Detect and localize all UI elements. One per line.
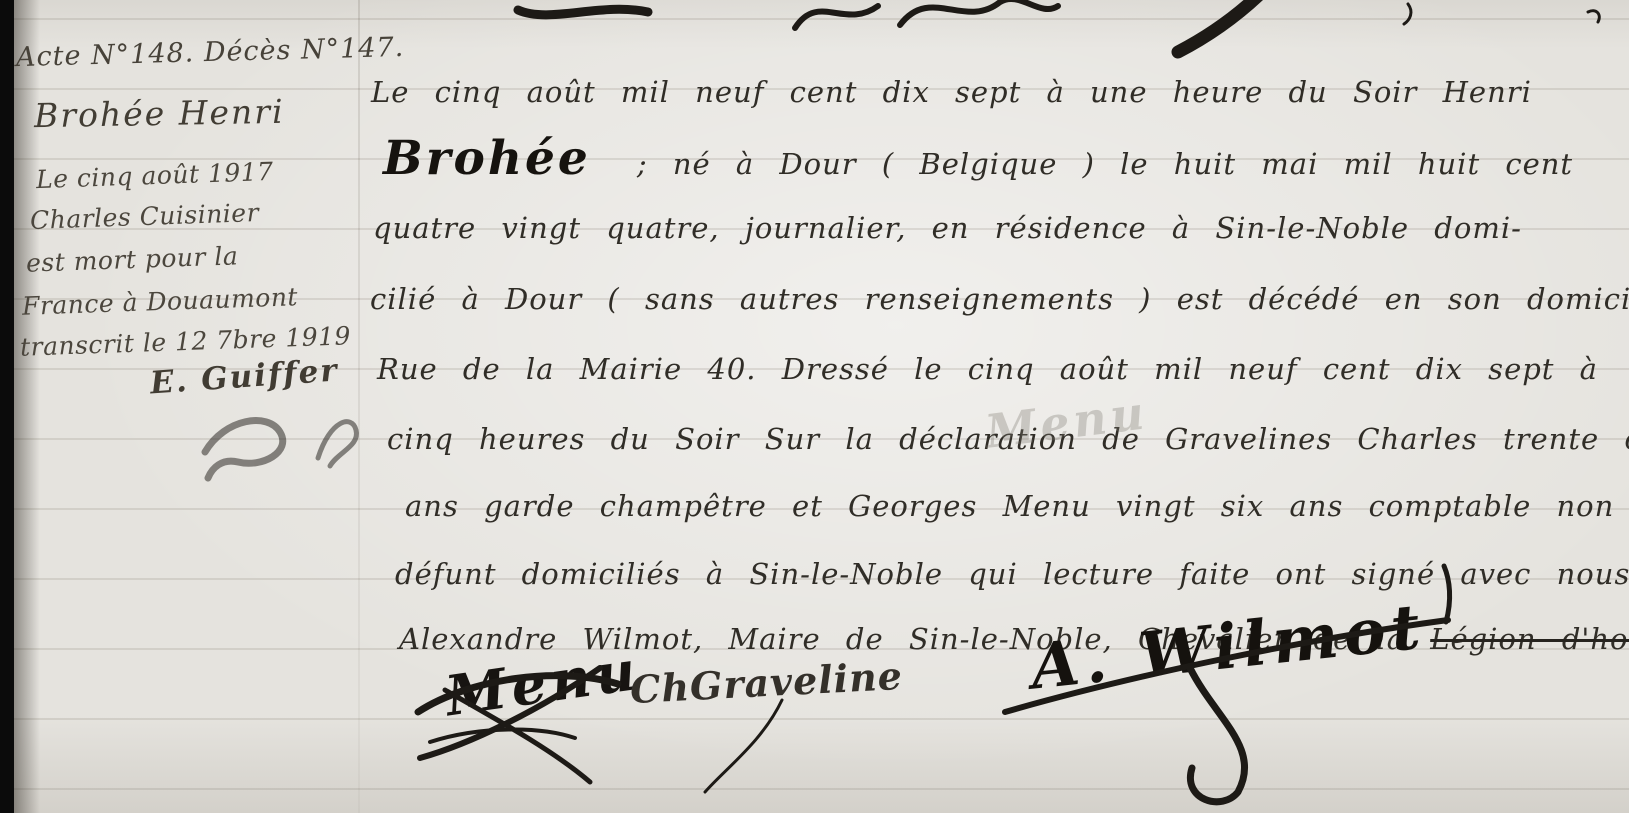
act-number-header: Acte N°148. Décès N°147. <box>16 33 405 73</box>
margin-note-line: Le cinq août 1917 <box>36 158 274 194</box>
record-line-4: cilié à Dour ( sans autres renseignement… <box>370 284 1629 316</box>
record-line-3: quatre vingt quatre, journalier, en rési… <box>373 213 1522 245</box>
margin-note-line: est mort pour la <box>26 242 239 277</box>
record-line-2: Brohée; né à Dour ( Belgique ) le huit m… <box>383 133 1573 185</box>
margin-note-line: Charles Cuisinier <box>30 199 260 234</box>
record-line-8: défunt domiciliés à Sin-le-Noble qui lec… <box>395 559 1629 591</box>
scan-binding-edge <box>0 0 14 813</box>
clerk-signature: E. Guiffer <box>149 353 340 400</box>
record-line-2-text: ; né à Dour ( Belgique ) le huit mai mil… <box>637 147 1573 181</box>
margin-column-divider <box>358 0 360 813</box>
margin-ink-smudge <box>205 421 356 478</box>
record-line-1: Le cinq août mil neuf cent dix sept à un… <box>371 77 1532 109</box>
struck-text: Légion d'honneur <box>1430 622 1629 656</box>
record-line-5: Rue de la Mairie 40. Dressé le cinq août… <box>377 354 1598 386</box>
deceased-name-margin: Brohée Henri <box>34 94 285 135</box>
margin-note-line: France à Douaumont <box>22 283 299 320</box>
document-scan: Acte N°148. Décès N°147. Brohée Henri Le… <box>0 0 1629 813</box>
deceased-surname-bold: Brohée <box>383 131 591 186</box>
record-line-7: ans garde champêtre et Georges Menu ving… <box>405 491 1629 523</box>
